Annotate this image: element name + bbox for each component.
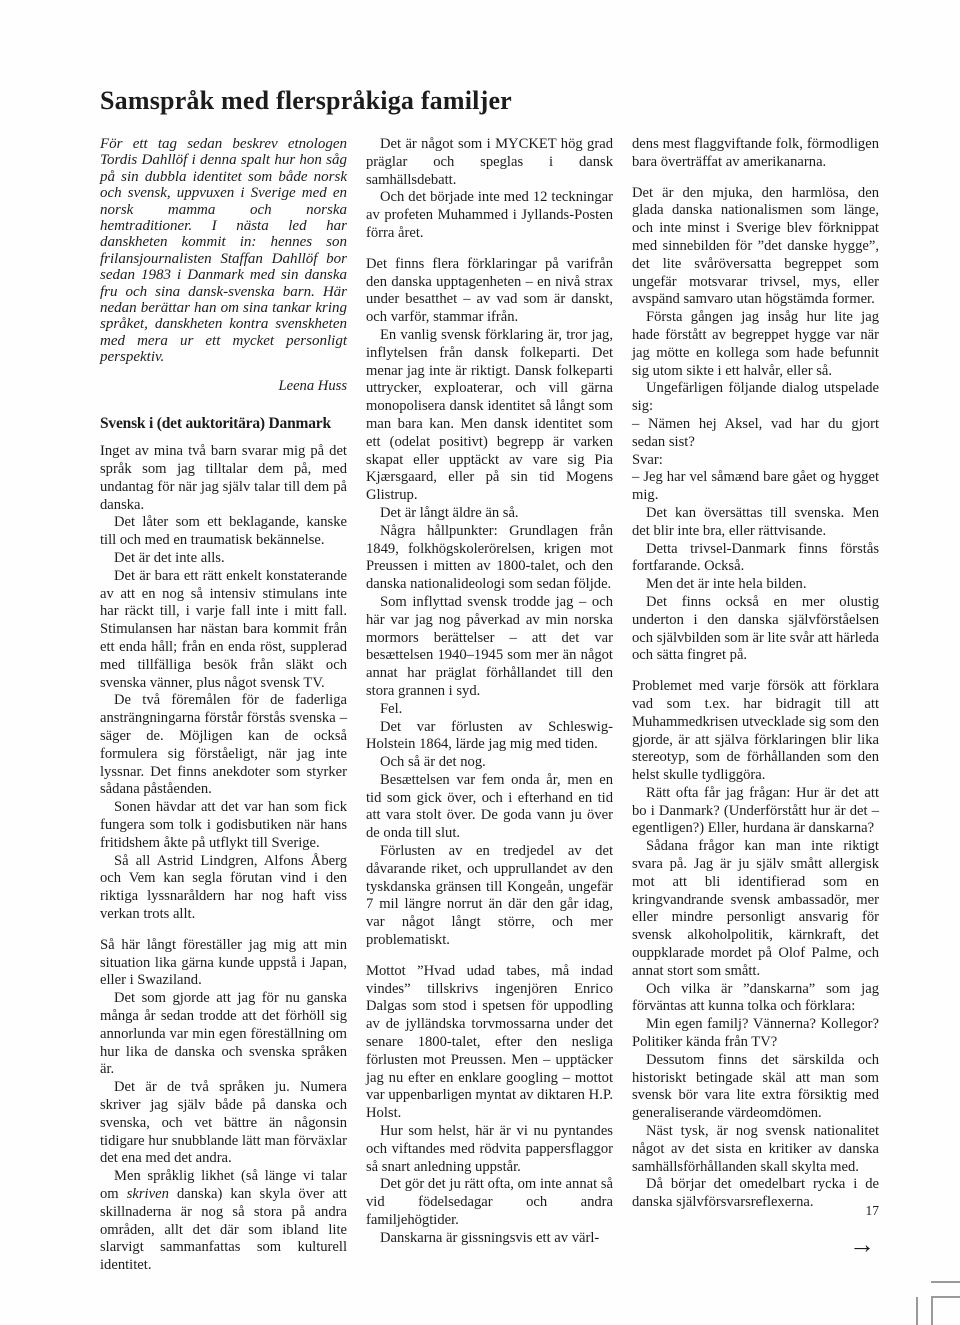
- intro-paragraph: För ett tag sedan beskrev etnologen Tord…: [100, 136, 347, 366]
- paragraph: Det är den mjuka, den harmlösa, den glad…: [632, 185, 879, 310]
- paragraph: Inget av mina två barn svarar mig på det…: [100, 443, 347, 514]
- paragraph: Och vilka är ”danskarna” som jag förvänt…: [632, 981, 879, 1017]
- paragraph: Detta trivsel-Danmark finns förstås fort…: [632, 541, 879, 577]
- paragraph: Fel.: [366, 701, 613, 719]
- paragraph: Som inflyttad svensk trodde jag – och hä…: [366, 594, 613, 701]
- paragraph: Och det började inte med 12 teckningar a…: [366, 189, 613, 242]
- paragraph: Sonen hävdar att det var han som fick fu…: [100, 799, 347, 852]
- paragraph: Svar:: [632, 452, 879, 470]
- paragraph: Förlusten av en tredjedel av det dåvaran…: [366, 843, 613, 950]
- crop-mark-vertical: [916, 1297, 918, 1325]
- page-number: 17: [632, 1203, 879, 1219]
- paragraph: Det gör det ju rätt ofta, om inte annat …: [366, 1176, 613, 1229]
- paragraph: De två föremålen för de faderliga ansträ…: [100, 692, 347, 799]
- paragraph: Min egen familj? Vännerna? Kollegor? Pol…: [632, 1016, 879, 1052]
- text-column-2: Det är något som i MYCKET hög grad prägl…: [366, 136, 613, 1248]
- paragraph: Det som gjorde att jag för nu ganska mån…: [100, 990, 347, 1079]
- paragraph: Det kan översättas till svenska. Men det…: [632, 505, 879, 541]
- crop-mark-corner: [931, 1296, 960, 1325]
- section-heading: Svensk i (det auktoritära) Danmark: [100, 415, 347, 433]
- paragraph: Men det är inte hela bilden.: [632, 576, 879, 594]
- paragraph: Besættelsen var fem onda år, men en tid …: [366, 772, 613, 843]
- paragraph: Mottot ”Hvad udad tabes, må indad vindes…: [366, 963, 613, 1123]
- paragraph: Det var förlusten av Schleswig-Holstein …: [366, 719, 613, 755]
- paragraph: Det är de två språken ju. Numera skriver…: [100, 1079, 347, 1168]
- text-column-1: För ett tag sedan beskrev etnologen Tord…: [100, 136, 347, 1275]
- continuation-arrow-icon: →: [632, 1232, 879, 1258]
- paragraph: En vanlig svensk förklaring är, tror jag…: [366, 327, 613, 505]
- paragraph: Näst tysk, är nog svensk nationalitet nå…: [632, 1123, 879, 1176]
- paragraph: – Jeg har vel såmænd bare gået og hygget…: [632, 469, 879, 505]
- paragraph: Det låter som ett beklagande, kanske til…: [100, 514, 347, 550]
- paragraph: Men språklig likhet (så länge vi talar o…: [100, 1168, 347, 1275]
- text-column-3: dens mest flaggviftande folk, förmodlige…: [632, 136, 879, 1258]
- paragraph: Det är långt äldre än så.: [366, 505, 613, 523]
- article-title: Samspråk med flerspråkiga familjer: [100, 86, 512, 116]
- paragraph: Rätt ofta får jag frågan: Hur är det att…: [632, 785, 879, 838]
- paragraph: Dessutom finns det särskilda och histori…: [632, 1052, 879, 1123]
- paragraph: – Nämen hej Aksel, vad har du gjort seda…: [632, 416, 879, 452]
- paragraph: Ungefärligen följande dialog utspelade s…: [632, 380, 879, 416]
- paragraph: Det är bara ett rätt enkelt konstaterand…: [100, 568, 347, 693]
- paragraph: Det är det inte alls.: [100, 550, 347, 568]
- byline: Leena Huss: [100, 378, 347, 396]
- paragraph: Sådana frågor kan man inte riktigt svara…: [632, 838, 879, 980]
- italic-word: skriven: [127, 1186, 169, 1202]
- paragraph: Några hållpunkter: Grundlagen från 1849,…: [366, 523, 613, 594]
- paragraph: Så här långt föreställer jag mig att min…: [100, 937, 347, 990]
- paragraph: Första gången jag insåg hur lite jag had…: [632, 309, 879, 380]
- paragraph: Så all Astrid Lindgren, Alfons Åberg och…: [100, 853, 347, 924]
- paragraph: Det finns också en mer olustig underton …: [632, 594, 879, 665]
- crop-mark-horizontal: [931, 1281, 960, 1283]
- paragraph: dens mest flaggviftande folk, förmodlige…: [632, 136, 879, 172]
- paragraph: Problemet med varje försök att förklara …: [632, 678, 879, 785]
- paragraph: Hur som helst, här är vi nu pyntandes oc…: [366, 1123, 613, 1176]
- magazine-page: Samspråk med flerspråkiga familjer För e…: [0, 0, 960, 1325]
- paragraph: Det finns flera förklaringar på varifrån…: [366, 256, 613, 327]
- paragraph: Danskarna är gissningsvis ett av värl-: [366, 1230, 613, 1248]
- paragraph: Det är något som i MYCKET hög grad prägl…: [366, 136, 613, 189]
- paragraph: Och så är det nog.: [366, 754, 613, 772]
